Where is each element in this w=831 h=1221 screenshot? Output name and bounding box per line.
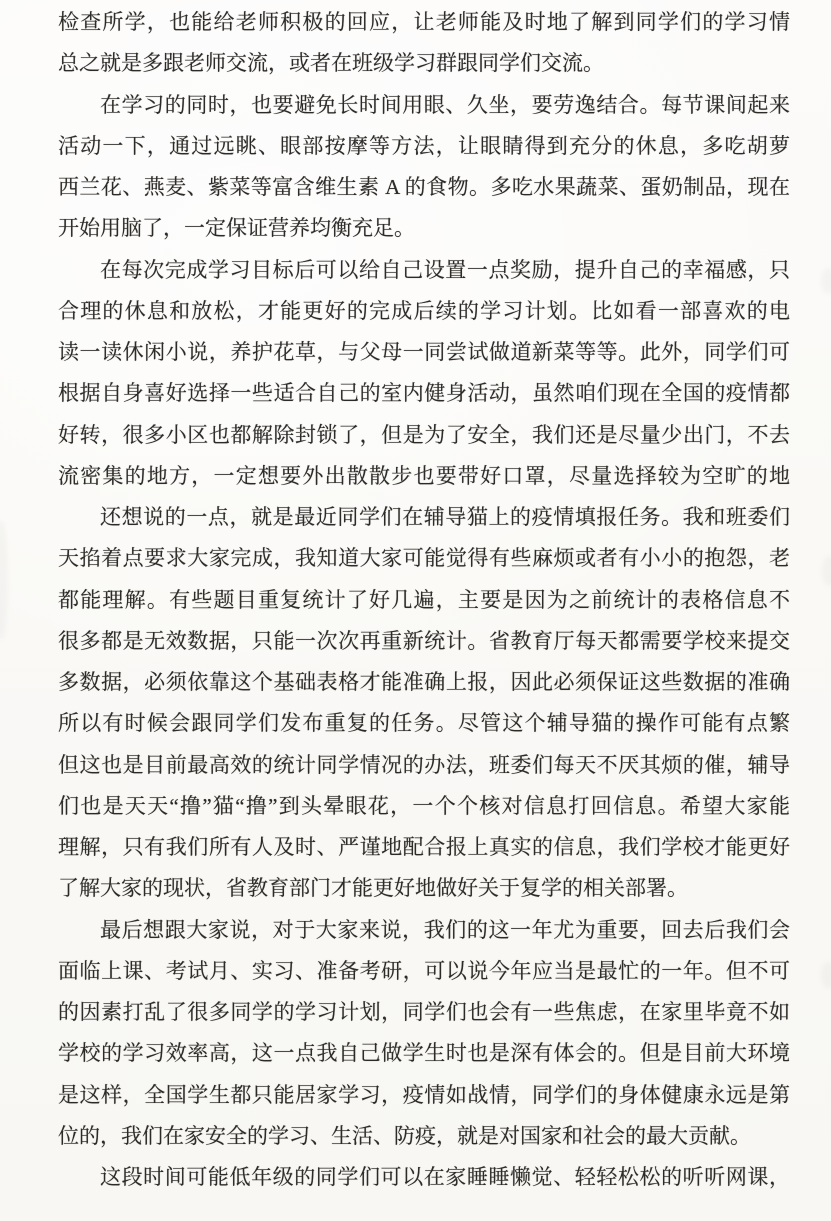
text-line: 了解大家的现状，省教育部门才能更好地做好关于复学的相关部署。 xyxy=(58,868,790,909)
text-line: 理解，只有我们所有人及时、严谨地配合报上真实的信息，我们学校才能更好地 xyxy=(58,827,790,868)
text-line: 们也是天天“撸”猫“撸”到头晕眼花，一个个核对信息打回信息。希望大家能 xyxy=(58,786,790,827)
text-line: 天掐着点要求大家完成，我知道大家可能觉得有些麻烦或者有小小的抱怨，老师 xyxy=(58,538,790,579)
text-line: 多数据，必须依靠这个基础表格才能准确上报，因此必须保证这些数据的准确性， xyxy=(58,662,790,703)
text-line: 位的，我们在家安全的学习、生活、防疫，就是对国家和社会的最大贡献。 xyxy=(58,1116,790,1157)
text-line: 流密集的地方，一定想要外出散散步也要带好口罩，尽量选择较为空旷的地方。 xyxy=(58,456,790,497)
text-line: 学校的学习效率高，这一点我自己做学生时也是深有体会的。但是目前大环境就 xyxy=(58,1033,790,1074)
text-line: 是这样，全国学生都只能居家学习，疫情如战情，同学们的身体健康永远是第一 xyxy=(58,1075,790,1116)
text-line: 根据自身喜好选择一些适合自己的室内健身活动，虽然咱们现在全国的疫情都在 xyxy=(58,373,790,414)
text-line: 所以有时候会跟同学们发布重复的任务。尽管这个辅导猫的操作可能有点繁琐， xyxy=(58,703,790,744)
text-line: 在每次完成学习目标后可以给自己设置一点奖励，提升自己的幸福感，只有 xyxy=(58,250,790,291)
text-line: 活动一下，通过远眺、眼部按摩等方法，让眼睛得到充分的休息，多吃胡萝卜、 xyxy=(58,126,790,167)
text-line: 在学习的同时，也要避免长时间用眼、久坐，要劳逸结合。每节课间起来 xyxy=(58,85,790,126)
text-line: 面临上课、考试月、实习、准备考研，可以说今年应当是最忙的一年。但不可控 xyxy=(58,951,790,992)
text-line: 开始用脑了，一定保证营养均衡充足。 xyxy=(58,208,790,249)
text-line: 最后想跟大家说，对于大家来说，我们的这一年尤为重要，回去后我们会 xyxy=(58,910,790,951)
text-line: 读一读休闲小说，养护花草，与父母一同尝试做道新菜等等。此外，同学们可以 xyxy=(58,332,790,373)
text-line: 还想说的一点，就是最近同学们在辅导猫上的疫情填报任务。我和班委们每 xyxy=(58,497,790,538)
text-line: 西兰花、燕麦、紫菜等富含维生素 A 的食物。多吃水果蔬菜、蛋奶制品，现在 xyxy=(58,167,790,208)
text-line: 都能理解。有些题目重复统计了好几遍，主要是因为之前统计的表格信息不全， xyxy=(58,580,790,621)
document-page: 检查所学，也能给老师积极的回应，让老师能及时地了解到同学们的学习情况。总之就是多… xyxy=(0,0,831,1221)
text-line: 的因素打乱了很多同学的学习计划，同学们也会有一些焦虑，在家里毕竟不如在 xyxy=(58,992,790,1033)
text-line: 好转，很多小区也都解除封锁了，但是为了安全，我们还是尽量少出门，不去人 xyxy=(58,415,790,456)
text-line: 总之就是多跟老师交流，或者在班级学习群跟同学们交流。 xyxy=(58,43,790,84)
text-line: 这段时间可能低年级的同学们可以在家睡睡懒觉、轻轻松松的听听网课， xyxy=(58,1157,790,1198)
text-line: 很多都是无效数据，只能一次次再重新统计。省教育厅每天都需要学校来提交很 xyxy=(58,621,790,662)
text-line: 合理的休息和放松，才能更好的完成后续的学习计划。比如看一部喜欢的电影， xyxy=(58,291,790,332)
document-text: 检查所学，也能给老师积极的回应，让老师能及时地了解到同学们的学习情况。总之就是多… xyxy=(0,0,831,1198)
text-line: 但这也是目前最高效的统计同学情况的办法，班委们每天不厌其烦的催，辅导员 xyxy=(58,745,790,786)
text-line: 检查所学，也能给老师积极的回应，让老师能及时地了解到同学们的学习情况。 xyxy=(58,2,790,43)
